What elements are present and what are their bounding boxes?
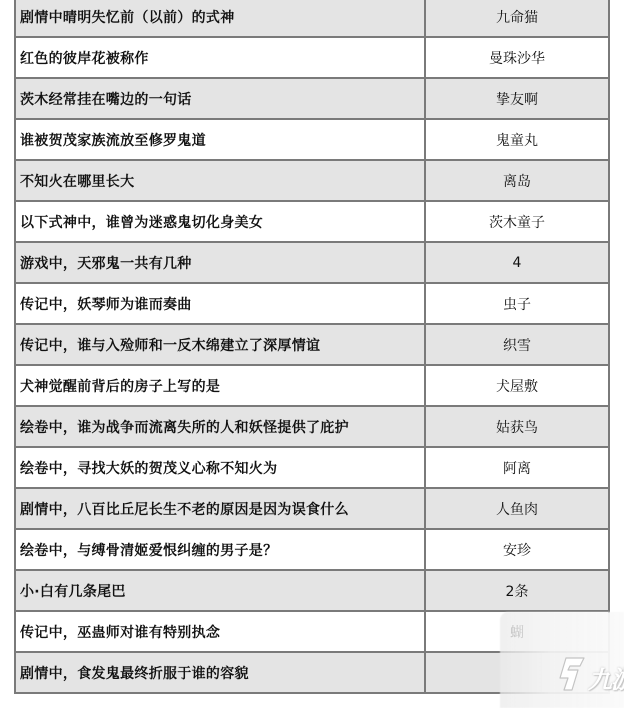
answer-cell: 曼珠沙华 <box>425 37 609 78</box>
answer-cell: 4 <box>425 242 609 283</box>
table-row: 传记中，妖琴师为谁而奏曲 虫子 <box>15 283 609 324</box>
question-cell: 剧情中，八百比丘尼长生不老的原因是因为误食什么 <box>15 488 425 529</box>
answer-cell: 虫子 <box>425 283 609 324</box>
question-cell: 传记中，妖琴师为谁而奏曲 <box>15 283 425 324</box>
answer-cell: 安珍 <box>425 529 609 570</box>
answer-cell: 鬼童丸 <box>425 119 609 160</box>
table-row: 小·白有几条尾巴 2条 <box>15 570 609 611</box>
question-cell: 茨木经常挂在嘴边的一句话 <box>15 78 425 119</box>
watermark-text: 九游 <box>588 660 624 695</box>
table-row: 红色的彼岸花被称作 曼珠沙华 <box>15 37 609 78</box>
answer-cell: 茨木童子 <box>425 201 609 242</box>
table-row: 游戏中，天邪鬼一共有几种 4 <box>15 242 609 283</box>
table-row: 绘卷中，寻找大妖的贺茂义心称不知火为 阿离 <box>15 447 609 488</box>
answer-cell: 离岛 <box>425 160 609 201</box>
question-cell: 剧情中晴明失忆前（以前）的式神 <box>15 0 425 37</box>
question-cell: 剧情中，食发鬼最终折服于谁的容貌 <box>15 652 425 693</box>
question-cell: 绘卷中，与缚骨清姬爱恨纠缠的男子是？ <box>15 529 425 570</box>
qa-table: 剧情中晴明失忆前（以前）的式神 九命猫 红色的彼岸花被称作 曼珠沙华 茨木经常挂… <box>14 0 610 694</box>
table-row: 绘卷中，与缚骨清姬爱恨纠缠的男子是？ 安珍 <box>15 529 609 570</box>
question-cell: 绘卷中，谁为战争而流离失所的人和妖怪提供了庇护 <box>15 406 425 447</box>
table-row: 剧情中，八百比丘尼长生不老的原因是因为误食什么 人鱼肉 <box>15 488 609 529</box>
question-cell: 谁被贺茂家族流放至修罗鬼道 <box>15 119 425 160</box>
answer-cell: 姑获鸟 <box>425 406 609 447</box>
answer-cell: 人鱼肉 <box>425 488 609 529</box>
table-row: 以下式神中，谁曾为迷惑鬼切化身美女 茨木童子 <box>15 201 609 242</box>
question-cell: 红色的彼岸花被称作 <box>15 37 425 78</box>
question-cell: 不知火在哪里长大 <box>15 160 425 201</box>
answer-cell: 犬屋敷 <box>425 365 609 406</box>
question-cell: 传记中，谁与入殓师和一反木绵建立了深厚情谊 <box>15 324 425 365</box>
table-row: 传记中，谁与入殓师和一反木绵建立了深厚情谊 织雪 <box>15 324 609 365</box>
table-row: 剧情中晴明失忆前（以前）的式神 九命猫 <box>15 0 609 37</box>
answer-cell: 挚友啊 <box>425 78 609 119</box>
table-row: 犬神觉醒前背后的房子上写的是 犬屋敷 <box>15 365 609 406</box>
jiuyou-logo-icon <box>556 656 586 692</box>
question-cell: 传记中，巫蛊师对谁有特别执念 <box>15 611 425 652</box>
question-cell: 游戏中，天邪鬼一共有几种 <box>15 242 425 283</box>
answer-cell: 阿离 <box>425 447 609 488</box>
answer-cell: 九命猫 <box>425 0 609 37</box>
table-row: 绘卷中，谁为战争而流离失所的人和妖怪提供了庇护 姑获鸟 <box>15 406 609 447</box>
question-cell: 以下式神中，谁曾为迷惑鬼切化身美女 <box>15 201 425 242</box>
question-cell: 犬神觉醒前背后的房子上写的是 <box>15 365 425 406</box>
table-row: 不知火在哪里长大 离岛 <box>15 160 609 201</box>
table-row: 茨木经常挂在嘴边的一句话 挚友啊 <box>15 78 609 119</box>
table-row: 谁被贺茂家族流放至修罗鬼道 鬼童丸 <box>15 119 609 160</box>
answer-cell: 2条 <box>425 570 609 611</box>
qa-table-container: 剧情中晴明失忆前（以前）的式神 九命猫 红色的彼岸花被称作 曼珠沙华 茨木经常挂… <box>14 0 606 694</box>
answer-cell: 织雪 <box>425 324 609 365</box>
question-cell: 小·白有几条尾巴 <box>15 570 425 611</box>
question-cell: 绘卷中，寻找大妖的贺茂义心称不知火为 <box>15 447 425 488</box>
